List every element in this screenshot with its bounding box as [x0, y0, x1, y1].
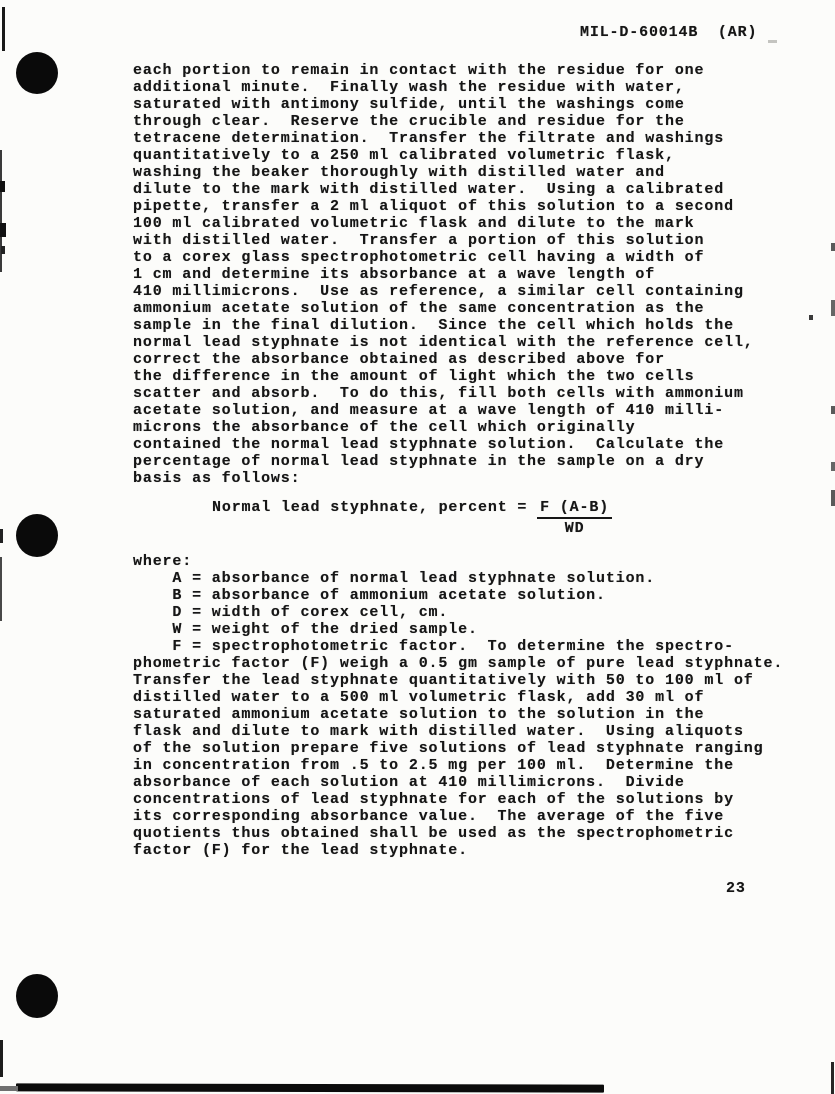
right-edge-artifact	[809, 315, 813, 320]
left-edge-artifact	[0, 557, 2, 621]
right-edge-artifact	[831, 406, 835, 414]
left-edge-artifact	[0, 181, 5, 192]
variable-definitions-paragraph: A = absorbance of normal lead styphnate …	[133, 570, 783, 859]
left-edge-artifact	[0, 529, 3, 543]
formula-denominator: WD	[537, 519, 612, 537]
left-edge-artifact	[1, 246, 5, 254]
bottom-scan-bar	[16, 1083, 604, 1092]
formula-fraction: F (A-B)WD	[537, 499, 612, 537]
formula-normal-lead-styphnate: Normal lead styphnate, percent = F (A-B)…	[212, 499, 612, 537]
where-label: where:	[133, 553, 192, 570]
right-edge-artifact	[831, 300, 835, 316]
right-edge-artifact	[831, 1062, 834, 1094]
hole-punch-top	[16, 52, 58, 94]
right-edge-artifact	[831, 462, 835, 471]
bottom-scan-bar-fade	[0, 1086, 18, 1091]
body-paragraph-main: each portion to remain in contact with t…	[133, 62, 754, 487]
left-edge-artifact	[0, 1040, 3, 1077]
scan-smudge	[768, 40, 777, 43]
hole-punch-middle	[16, 514, 58, 557]
spec-number-header: MIL-D-60014B (AR)	[580, 24, 757, 41]
left-edge-artifact	[2, 7, 5, 51]
formula-prefix: Normal lead styphnate, percent =	[212, 499, 537, 516]
hole-punch-bottom	[16, 974, 58, 1018]
page-number: 23	[726, 880, 746, 897]
right-edge-artifact	[831, 243, 835, 251]
left-edge-artifact	[0, 223, 6, 237]
scanned-document-page: MIL-D-60014B (AR) each portion to remain…	[0, 0, 835, 1094]
formula-numerator: F (A-B)	[537, 499, 612, 519]
right-edge-artifact	[831, 490, 835, 506]
